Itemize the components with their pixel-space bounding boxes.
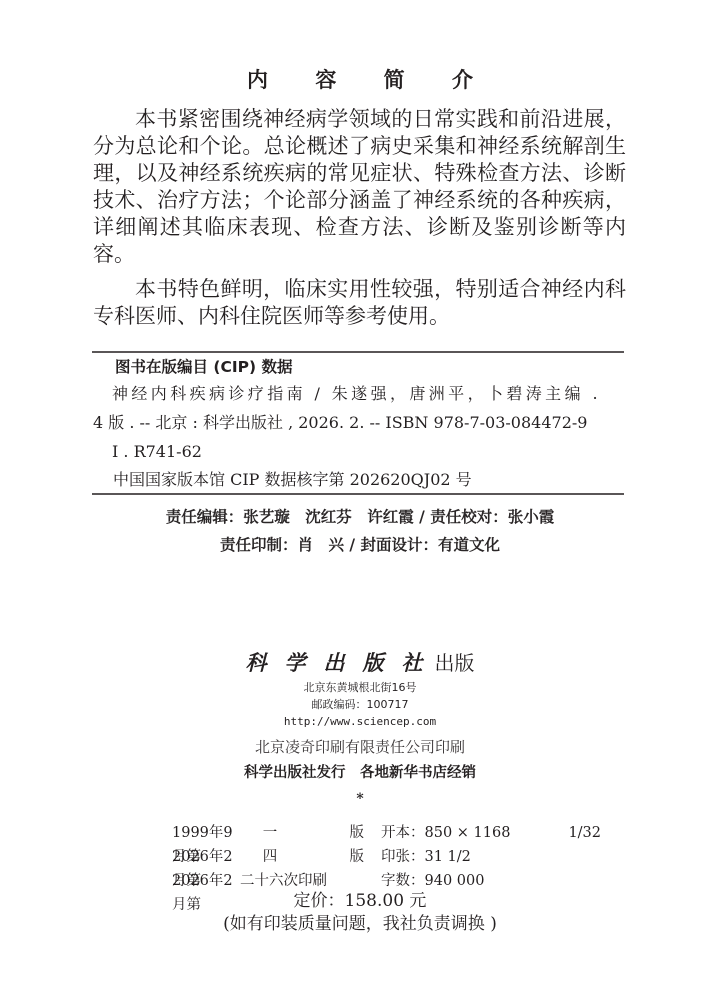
printer-line: 北京凌奇印刷有限责任公司印刷 (0, 737, 720, 757)
page-heading: 内 容 简 介 (0, 66, 720, 94)
separator-asterisk: * (0, 792, 720, 806)
editor-credits: 责任编辑：张艺璇 沈红芬 许红霞 / 责任校对：张小霞 (0, 506, 720, 528)
cip-title: 图书在版编目 (CIP) 数据 (115, 356, 292, 378)
production-credits: 责任印制：肖 兴 / 封面设计：有道文化 (0, 534, 720, 556)
edition-table: 1999年9月第 一 版 开本：850 × 1168 1/32 2026年2月第… (172, 821, 601, 893)
edition-spec: 印张：31 1/2 (381, 845, 541, 869)
publisher-suffix: 出版 (435, 651, 475, 675)
publisher-address: 北京东黄城根北街16号 (0, 681, 720, 695)
publisher-line: 科学出版社出版 (0, 647, 720, 677)
cip-record-line: 中国国家版本馆 CIP 数据核字第 202620QJ02 号 (113, 469, 472, 491)
edition-date: 2026年2月第 (172, 845, 240, 869)
quality-notice: (如有印装质量问题，我社负责调换 ) (0, 913, 720, 935)
cip-bottom-rule (92, 493, 624, 495)
distribution-line: 科学出版社发行 各地新华书店经销 (0, 763, 720, 783)
edition-extra: 1/32 (541, 821, 601, 845)
edition-ordinal: 一 版 (240, 821, 364, 845)
price: 定价：158.00 元 (0, 890, 720, 912)
intro-paragraph-2: 本书特色鲜明，临床实用性较强，特别适合神经内科专科医师、内科住院医师等参考使用。 (93, 276, 626, 330)
cip-edition-line: 4 版 . -- 北京 : 科学出版社 , 2026. 2. -- ISBN 9… (93, 412, 587, 434)
intro-text: 本书紧密围绕神经病学领域的日常实践和前沿进展，分为总论和个论。总论概述了病史采集… (93, 106, 626, 330)
publisher-url: http://www.sciencep.com (0, 715, 720, 729)
publisher-postcode: 邮政编码：100717 (0, 698, 720, 712)
edition-spec: 开本：850 × 1168 (381, 821, 541, 845)
cip-top-rule (92, 351, 624, 353)
cip-title-line: 神经内科疾病诊疗指南 / 朱遂强，唐洲平，卜碧涛主编 . (112, 383, 601, 405)
cip-classification-line: Ⅰ . R741-62 (112, 441, 202, 463)
publisher-logo-text: 科学出版社 (246, 650, 441, 675)
edition-row: 1999年9月第 一 版 开本：850 × 1168 1/32 (172, 821, 601, 845)
edition-row: 2026年2月第 四 版 印张：31 1/2 (172, 845, 601, 869)
edition-date: 1999年9月第 (172, 821, 240, 845)
edition-extra (541, 845, 601, 869)
edition-ordinal: 四 版 (240, 845, 364, 869)
intro-paragraph-1: 本书紧密围绕神经病学领域的日常实践和前沿进展，分为总论和个论。总论概述了病史采集… (93, 106, 626, 268)
